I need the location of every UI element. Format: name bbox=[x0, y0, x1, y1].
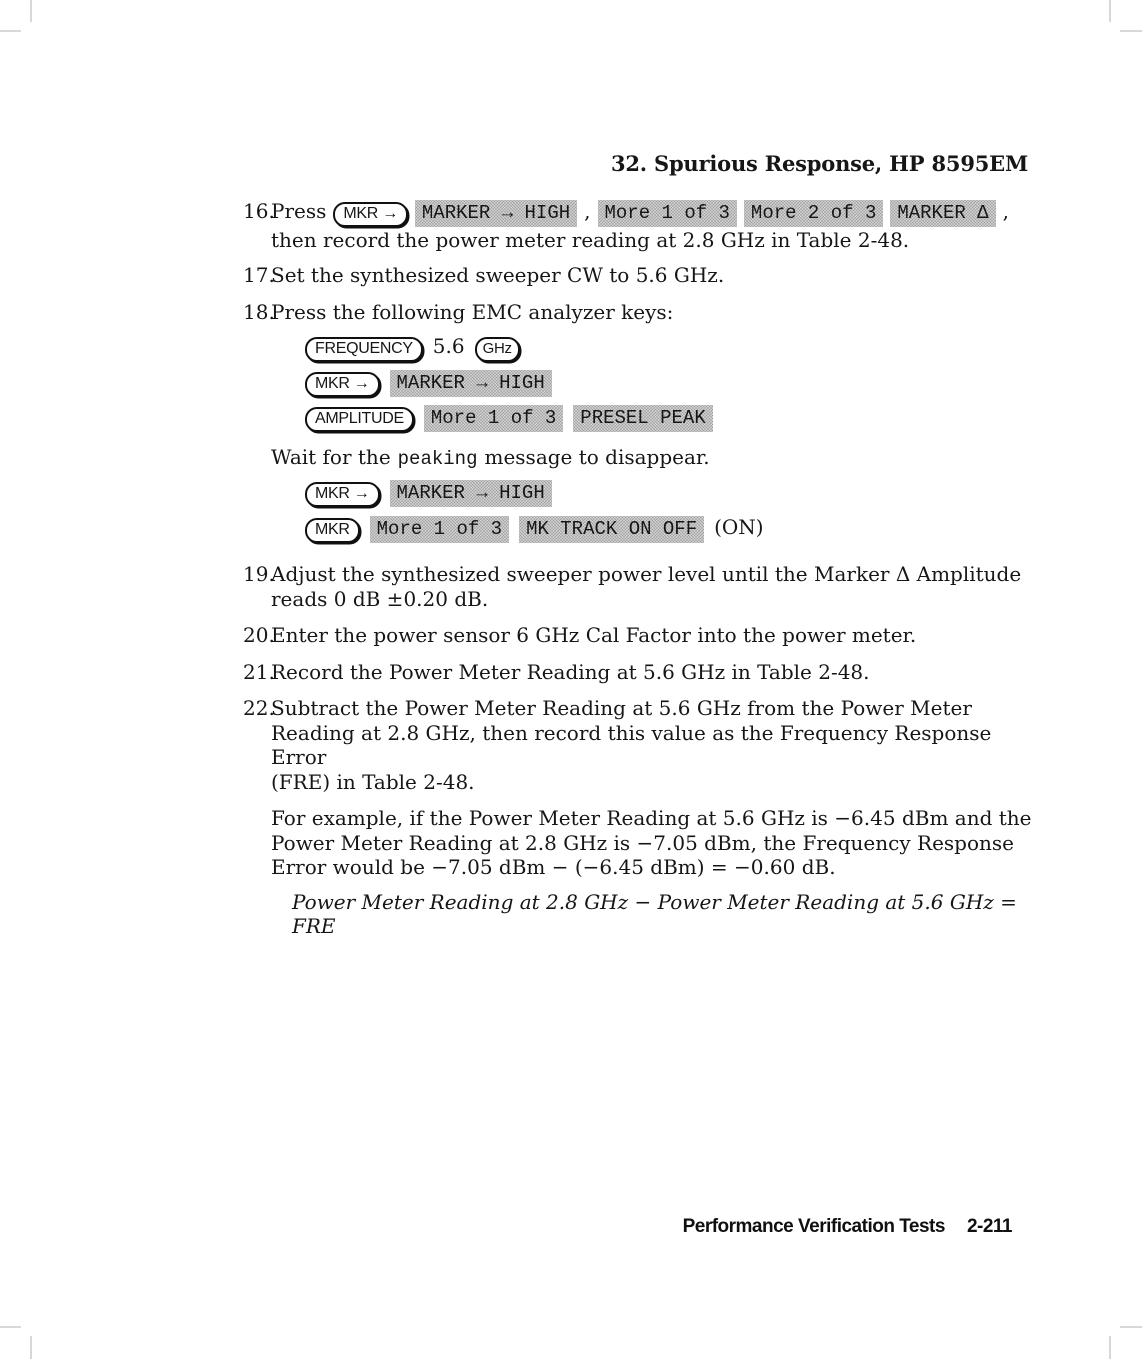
paragraph-text: Power Meter Reading at 2.8 GHz is −7.05 … bbox=[271, 831, 1038, 856]
footer-page-number: 2-211 bbox=[967, 1216, 1012, 1238]
softkey-marker-delta: MARKER Δ bbox=[890, 200, 995, 227]
step-text: , bbox=[584, 199, 590, 224]
keyrow-mkr: MKR More 1 of 3 MK TRACK ON OFF (ON) bbox=[305, 515, 1038, 543]
keyrow-mkr-arrow: MKR → MARKER → HIGH bbox=[305, 370, 1038, 397]
page-footer: Performance Verification Tests 2-211 bbox=[683, 1216, 1012, 1238]
step-number: 22. bbox=[243, 696, 271, 794]
step-text: then record the power meter reading at 2… bbox=[271, 228, 1038, 253]
fre-formula: Power Meter Reading at 2.8 GHz − Power M… bbox=[292, 890, 1038, 939]
crop-mark bbox=[30, 0, 32, 22]
softkey-presel-peak: PRESEL PEAK bbox=[573, 405, 712, 432]
key-mkr-arrow: MKR → bbox=[305, 372, 380, 397]
crop-mark bbox=[1120, 1326, 1142, 1328]
paragraph-text: Error would be −7.05 dBm − (−6.45 dBm) =… bbox=[271, 855, 1038, 880]
formula-text: Power Meter Reading at 2.8 GHz − Power M… bbox=[292, 890, 1038, 915]
crop-mark bbox=[0, 1326, 21, 1328]
inline-code-peaking: peaking bbox=[398, 447, 478, 472]
step-number: 16. bbox=[243, 199, 271, 253]
softkey-more-1-of-3: More 1 of 3 bbox=[424, 405, 563, 432]
crop-mark bbox=[0, 30, 21, 32]
key-mkr-arrow: MKR → bbox=[333, 202, 408, 227]
step-text: , bbox=[1003, 199, 1009, 224]
step-text: Press the following EMC analyzer keys: bbox=[271, 300, 1038, 325]
key-sequence-block-1: FREQUENCY 5.6 GHz MKR → MARKER → HIGH AM… bbox=[305, 334, 1038, 432]
softkey-marker-high: MARKER → HIGH bbox=[415, 200, 577, 227]
step-number: 19. bbox=[243, 562, 271, 611]
softkey-mk-track-on-off: MK TRACK ON OFF bbox=[519, 516, 704, 543]
step-number: 21. bbox=[243, 660, 271, 685]
step-text: Press bbox=[271, 199, 326, 224]
step-text: reads 0 dB ±0.20 dB. bbox=[271, 587, 1038, 612]
crop-mark bbox=[1109, 1336, 1111, 1359]
footer-section-label: Performance Verification Tests bbox=[683, 1216, 945, 1238]
step-text: Set the synthesized sweeper CW to 5.6 GH… bbox=[271, 263, 1038, 288]
crop-mark bbox=[30, 1336, 32, 1359]
wait-message-paragraph: Wait for the peaking message to disappea… bbox=[271, 445, 1038, 472]
softkey-more-2-of-3: More 2 of 3 bbox=[744, 200, 883, 227]
page-title: 32. Spurious Response, HP 8595EM bbox=[611, 151, 1028, 176]
formula-text: FRE bbox=[292, 914, 1038, 939]
keyrow-frequency: FREQUENCY 5.6 GHz bbox=[305, 334, 1038, 362]
step-18: 18. Press the following EMC analyzer key… bbox=[243, 300, 1038, 325]
step-17: 17. Set the synthesized sweeper CW to 5.… bbox=[243, 263, 1038, 288]
step-16: 16. Press MKR → MARKER → HIGH , More 1 o… bbox=[243, 199, 1038, 253]
key-sequence-block-2: MKR → MARKER → HIGH MKR More 1 of 3 MK T… bbox=[305, 480, 1038, 543]
step-22: 22. Subtract the Power Meter Reading at … bbox=[243, 696, 1038, 794]
key-state-annotation: (ON) bbox=[714, 515, 764, 540]
step-text: Record the Power Meter Reading at 5.6 GH… bbox=[271, 660, 1038, 685]
step-text: Subtract the Power Meter Reading at 5.6 … bbox=[271, 696, 1038, 721]
key-entry-value: 5.6 bbox=[433, 334, 465, 359]
key-mkr-arrow: MKR → bbox=[305, 482, 380, 507]
softkey-more-1-of-3: More 1 of 3 bbox=[370, 516, 509, 543]
key-mkr: MKR bbox=[305, 518, 360, 543]
page-content: 16. Press MKR → MARKER → HIGH , More 1 o… bbox=[243, 199, 1038, 939]
step-text: Enter the power sensor 6 GHz Cal Factor … bbox=[271, 623, 1038, 648]
example-paragraph: For example, if the Power Meter Reading … bbox=[271, 806, 1038, 880]
step-number: 18. bbox=[243, 300, 271, 325]
key-frequency: FREQUENCY bbox=[305, 337, 423, 362]
softkey-marker-high: MARKER → HIGH bbox=[390, 480, 552, 507]
keyrow-mkr-arrow-2: MKR → MARKER → HIGH bbox=[305, 480, 1038, 507]
step-number: 17. bbox=[243, 263, 271, 288]
step-text: Adjust the synthesized sweeper power lev… bbox=[271, 562, 1038, 587]
keyrow-amplitude: AMPLITUDE More 1 of 3 PRESEL PEAK bbox=[305, 405, 1038, 432]
key-amplitude: AMPLITUDE bbox=[305, 407, 414, 432]
step-19: 19. Adjust the synthesized sweeper power… bbox=[243, 562, 1038, 611]
softkey-marker-high: MARKER → HIGH bbox=[390, 370, 552, 397]
paragraph-text: message to disappear. bbox=[484, 445, 709, 470]
crop-mark bbox=[1109, 0, 1111, 22]
manual-page: 32. Spurious Response, HP 8595EM 16. Pre… bbox=[0, 0, 1142, 1359]
step-21: 21. Record the Power Meter Reading at 5.… bbox=[243, 660, 1038, 685]
crop-mark bbox=[1120, 30, 1142, 32]
key-ghz: GHz bbox=[475, 337, 520, 362]
softkey-more-1-of-3: More 1 of 3 bbox=[598, 200, 737, 227]
step-20: 20. Enter the power sensor 6 GHz Cal Fac… bbox=[243, 623, 1038, 648]
step-text: Reading at 2.8 GHz, then record this val… bbox=[271, 721, 1038, 770]
step-number: 20. bbox=[243, 623, 271, 648]
paragraph-text: Wait for the bbox=[271, 445, 391, 470]
paragraph-text: For example, if the Power Meter Reading … bbox=[271, 806, 1038, 831]
step-text: (FRE) in Table 2-48. bbox=[271, 770, 1038, 795]
